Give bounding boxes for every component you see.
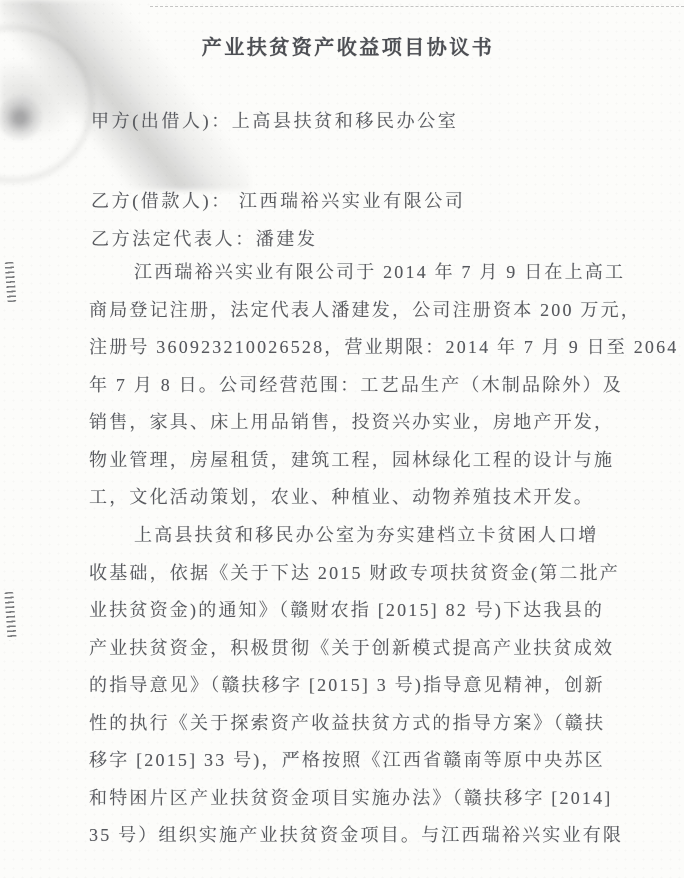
paragraph-line: 上高县扶贫和移民办公室为夯实建档立卡贫困人口增 xyxy=(89,517,624,555)
paragraph-line: 业扶贫资金)的通知》（赣财农指 [2015] 82 号)下达我县的 xyxy=(89,592,624,630)
binding-mark-upper xyxy=(5,262,17,303)
scan-smudge-speck xyxy=(0,92,46,144)
paragraph-line: 的指导意见》（赣扶移字 [2015] 3 号)指导意见精神，创新 xyxy=(89,667,624,705)
party-a-line: 甲方(出借人)：上高县扶贫和移民办公室 xyxy=(91,107,458,133)
scan-edge-line xyxy=(150,6,684,7)
paragraph-policy-basis: 上高县扶贫和移民办公室为夯实建档立卡贫困人口增 收基础，依据《关于下达 2015… xyxy=(89,517,624,855)
paragraph-line: 商局登记注册，法定代表人潘建发，公司注册资本 200 万元， xyxy=(89,292,624,330)
scan-smudge-diagonal xyxy=(0,0,250,190)
paragraph-line: 35 号）组织实施产业扶贫资金项目。与江西瑞裕兴实业有限 xyxy=(89,817,624,855)
paragraph-line: 产业扶贫资金，积极贯彻《关于创新模式提高产业扶贫成效 xyxy=(89,630,624,668)
paragraph-company-info: 江西瑞裕兴实业有限公司于 2014 年 7 月 9 日在上高工 商局登记注册，法… xyxy=(89,254,624,517)
binding-mark-lower xyxy=(4,592,16,641)
document-title: 产业扶贫资产收益项目协议书 xyxy=(0,31,684,60)
paragraph-line: 收基础，依据《关于下达 2015 财政专项扶贫资金(第二批产 xyxy=(89,555,624,593)
paragraph-line: 注册号 360923210026528，营业期限：2014 年 7 月 9 日至… xyxy=(89,329,624,367)
paragraph-line: 江西瑞裕兴实业有限公司于 2014 年 7 月 9 日在上高工 xyxy=(89,254,624,292)
party-b-line: 乙方(借款人)： 江西瑞裕兴实业有限公司 xyxy=(91,187,466,213)
paragraph-line: 年 7 月 8 日。公司经营范围：工艺品生产（木制品除外）及 xyxy=(89,367,624,405)
paragraph-line: 性的执行《关于探索资产收益扶贫方式的指导方案》（赣扶 xyxy=(89,705,624,743)
party-b-representative-line: 乙方法定代表人：潘建发 xyxy=(91,225,318,251)
paragraph-line: 和特困片区产业扶贫资金项目实施办法》（赣扶移字 [2014] xyxy=(89,780,624,818)
paragraph-line: 工，文化活动策划，农业、种植业、动物养殖技术开发。 xyxy=(89,479,624,517)
paragraph-line: 移字 [2015] 33 号)，严格按照《江西省赣南等原中央苏区 xyxy=(89,742,624,780)
paragraph-line: 物业管理，房屋租赁，建筑工程，园林绿化工程的设计与施 xyxy=(89,442,624,480)
paragraph-line: 销售，家具、床上用品销售，投资兴办实业，房地产开发， xyxy=(89,404,624,442)
